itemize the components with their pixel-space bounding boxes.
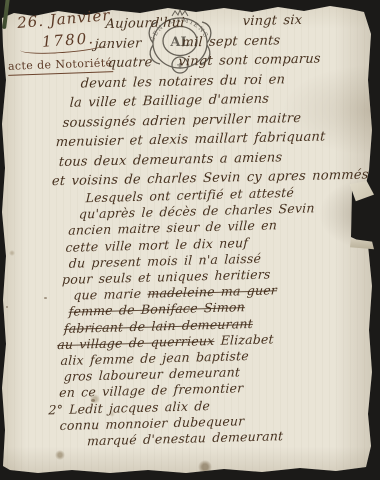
ink-speck xyxy=(44,297,47,299)
handwritten-text: quatre xyxy=(107,55,153,71)
handwritten-text: vingt six xyxy=(242,13,302,29)
handwritten-text: tous deux demeurants a amiens xyxy=(58,150,282,170)
handwritten-text: mil sept cents xyxy=(181,33,281,50)
handwritten-text: la ville et Bailliage d'amiens xyxy=(69,92,269,111)
handwritten-text: vingt sont comparus xyxy=(178,51,321,69)
handwritten-text: soussignés adrien perviller maitre xyxy=(62,110,301,130)
handwritten-text: janvier xyxy=(94,36,142,52)
ink-speck xyxy=(6,306,8,308)
handwritten-text: Aujourd'hui xyxy=(105,15,185,32)
handwritten-text: que marie xyxy=(73,286,148,303)
attestation-paragraph: Lesquels ont certifié et attestéqu'après… xyxy=(47,184,316,450)
opening-paragraph: Aujourd'huivingt sixjanviermil sept cent… xyxy=(49,9,376,191)
handwritten-text: Elizabet xyxy=(214,331,274,348)
handwritten-text: devant les notaires du roi en xyxy=(80,72,285,91)
handwritten-text: et voisins de charles Sevin cy apres nom… xyxy=(52,168,369,190)
handwritten-text: menuisier et alexis maillart fabriquant xyxy=(55,129,325,150)
ink-speck xyxy=(91,399,95,402)
scanned-manuscript-page: 26. Janvier 1780. acte de Notoriété GEN.… xyxy=(0,0,380,480)
struck-text: madeleine ma guer xyxy=(147,283,277,301)
